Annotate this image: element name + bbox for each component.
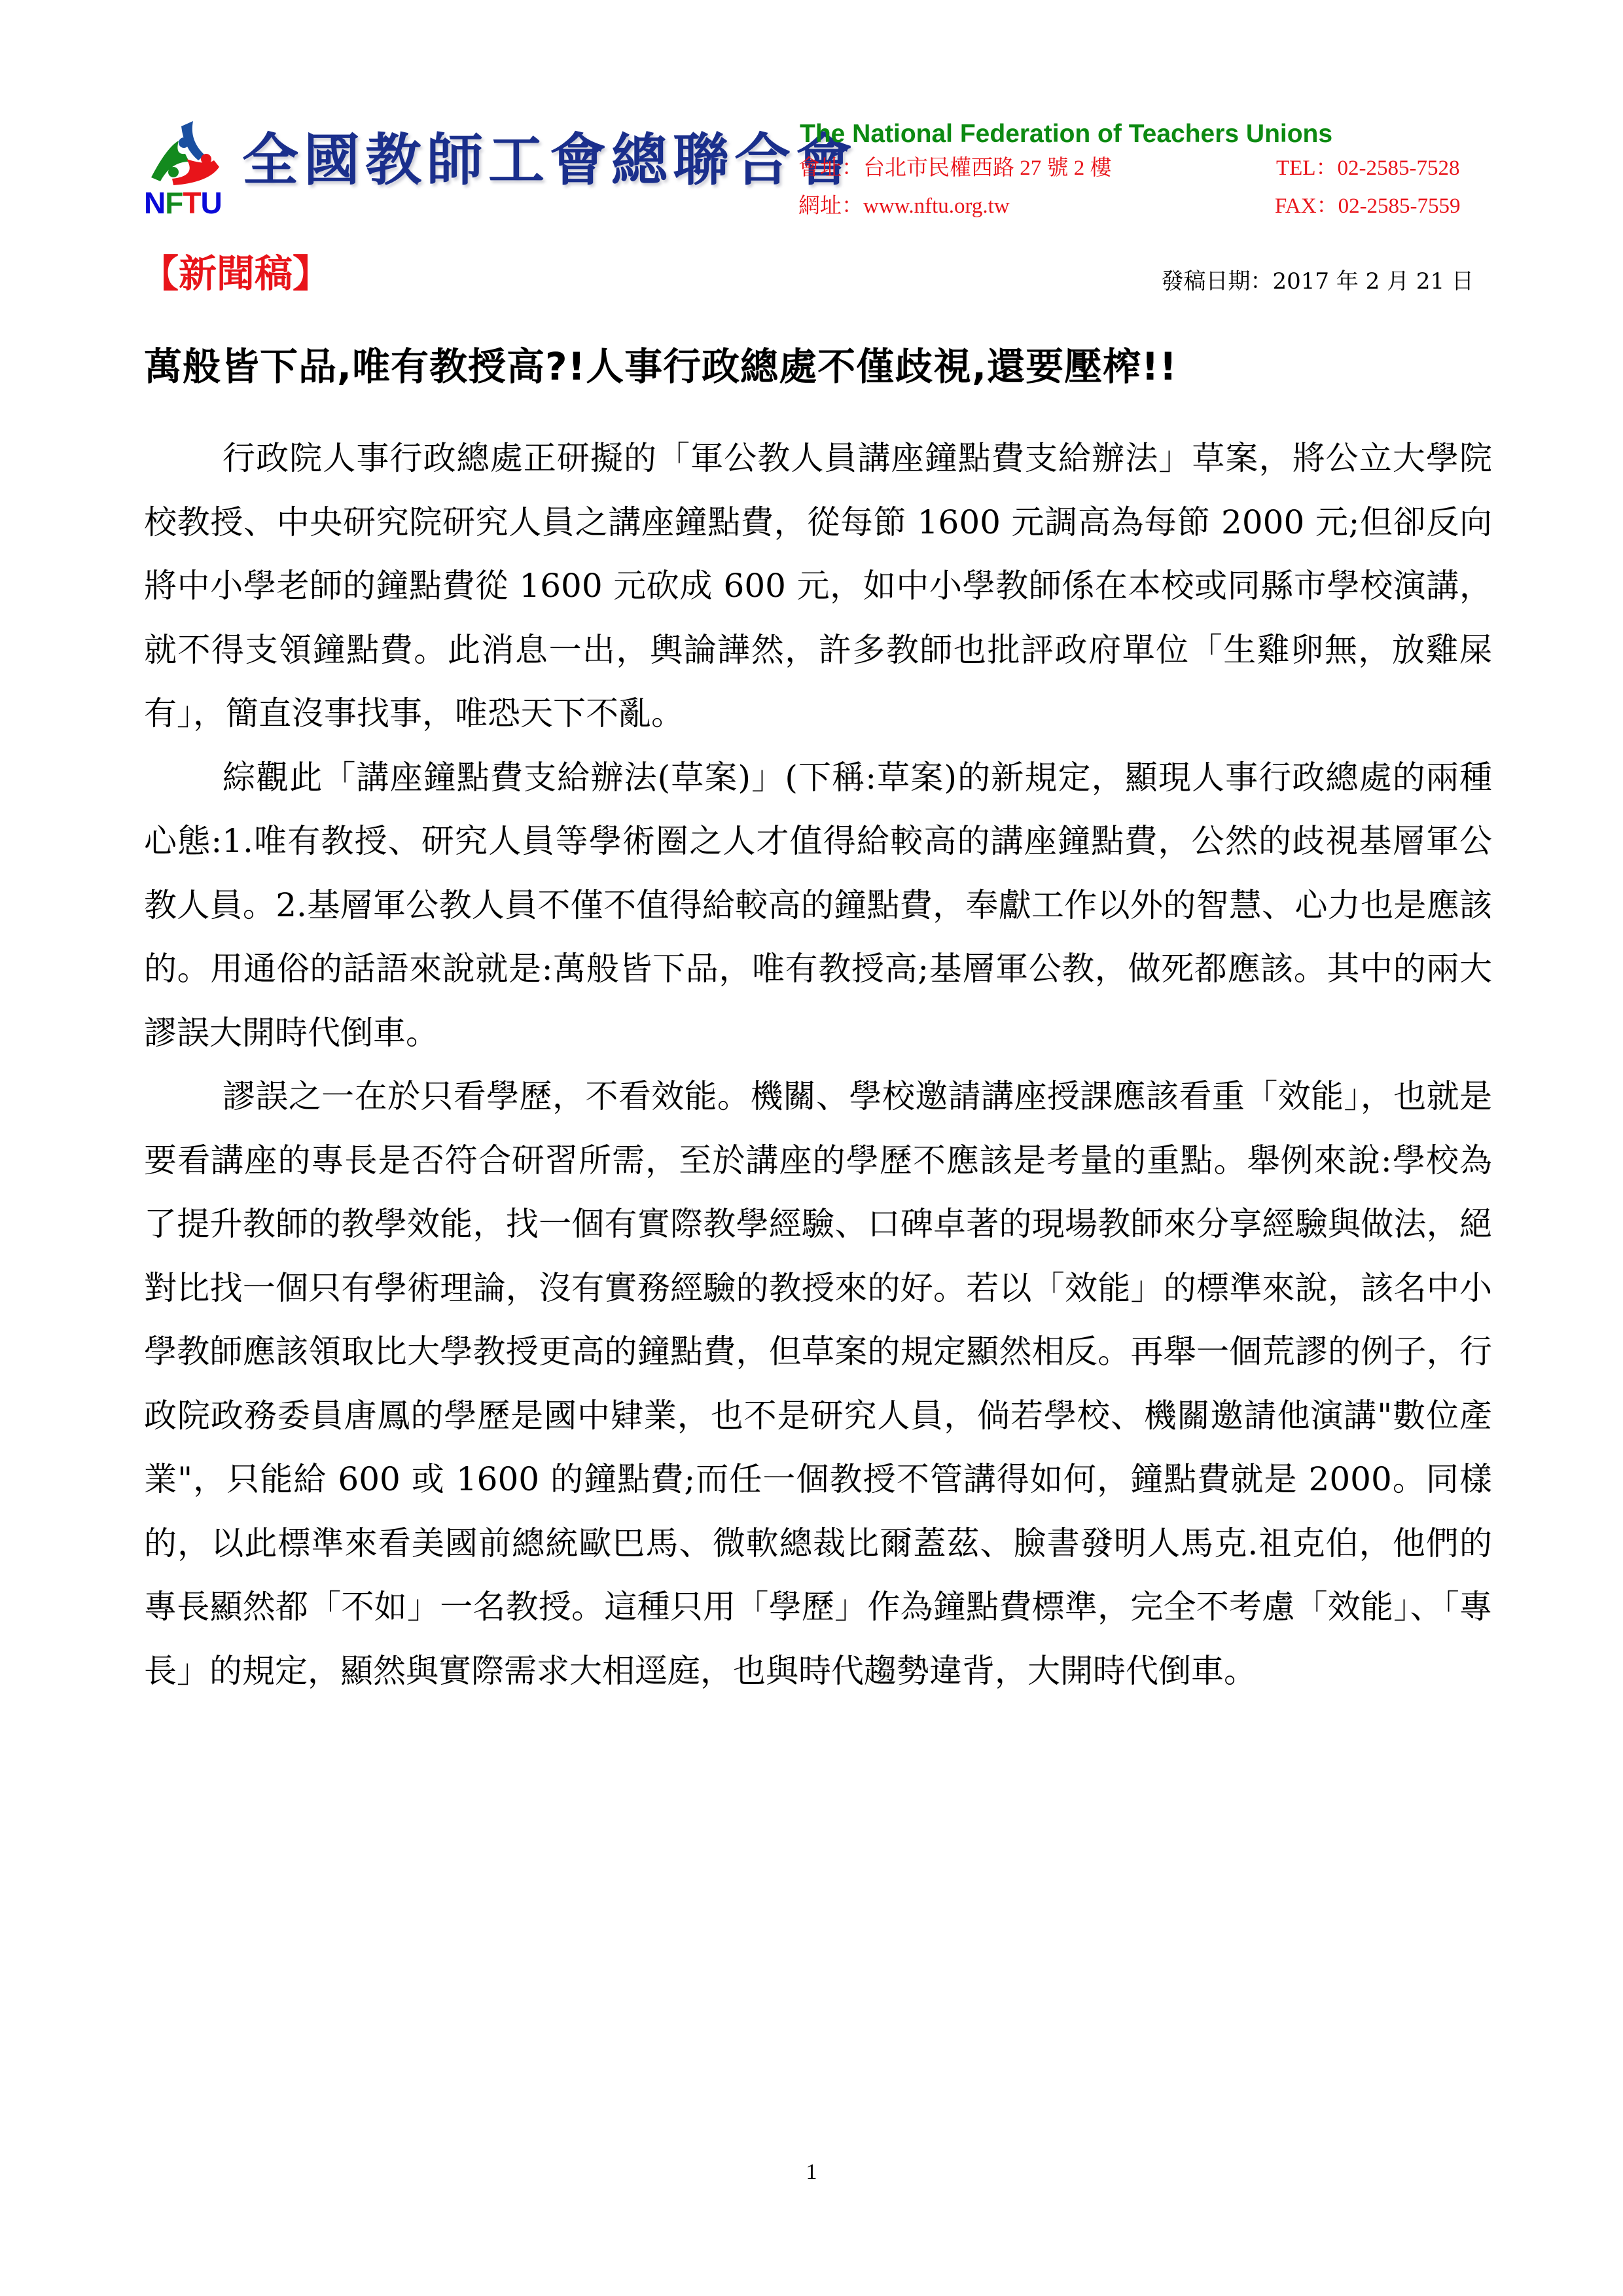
org-name-english: The National Federation of Teachers Unio…	[800, 120, 1332, 149]
document-page: NFTU 全國教師工會總聯合會 The National Federation …	[0, 0, 1623, 2296]
page-number: 1	[0, 2160, 1623, 2185]
paragraph-3: 謬誤之一在於只看學歷，不看效能。機關、學校邀請講座授課應該看重「效能」，也就是要…	[144, 1065, 1492, 1703]
logo-letter-f: F	[165, 186, 183, 220]
headline: 萬般皆下品,唯有教授高?!人事行政總處不僅歧視,還要壓榨!!	[144, 340, 1492, 393]
logo-letter-n: N	[144, 186, 165, 220]
paragraph-1: 行政院人事行政總處正研擬的「軍公教人員講座鐘點費支給辦法」草案，將公立大學院校教…	[144, 427, 1492, 746]
nftu-abbreviation: NFTU	[144, 187, 222, 219]
release-date: 發稿日期：2017 年 2 月 21 日	[1162, 265, 1474, 298]
fax-number: FAX：02-2585-7559	[1275, 193, 1461, 219]
org-name-chinese: 全國教師工會總聯合會	[242, 124, 857, 196]
three-figures-logo-icon	[141, 121, 232, 187]
website-url: 網址：www.nftu.org.tw	[798, 193, 1010, 219]
logo-letter-u: U	[200, 186, 221, 220]
logo-letter-t: T	[183, 186, 200, 220]
paragraph-2: 綜觀此「講座鐘點費支給辦法(草案)」(下稱:草案)的新規定，顯現人事行政總處的兩…	[144, 746, 1492, 1066]
telephone-number: TEL：02-2585-7528	[1276, 155, 1459, 181]
office-address: 會址：台北市民權西路 27 號 2 樓	[798, 155, 1112, 181]
press-release-tag: 【新聞稿】	[141, 247, 330, 300]
nftu-logo: NFTU	[141, 121, 232, 219]
article-body: 行政院人事行政總處正研擬的「軍公教人員講座鐘點費支給辦法」草案，將公立大學院校教…	[144, 427, 1492, 1703]
